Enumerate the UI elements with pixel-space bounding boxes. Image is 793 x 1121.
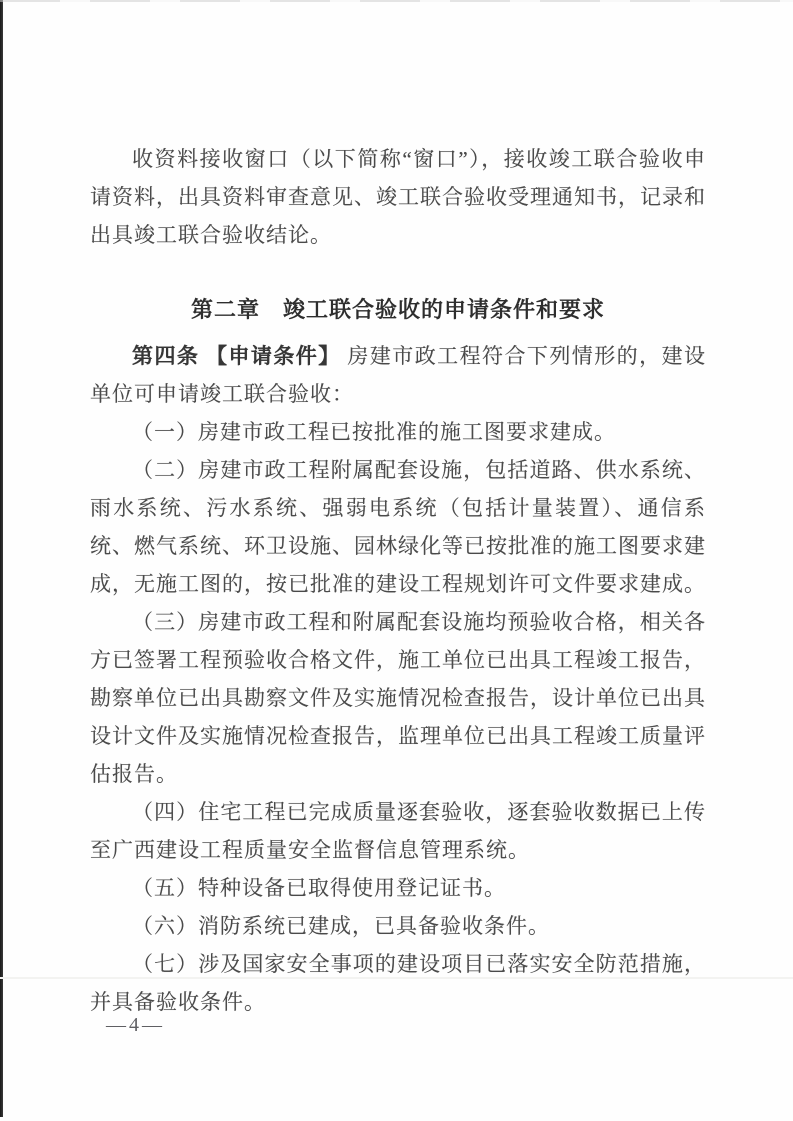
scan-edge-top (0, 0, 793, 2)
article-label: 第四条 【申请条件】 (132, 344, 341, 368)
clause-item-7: （七）涉及国家安全事项的建设项目已落实安全防范措施，并具备验收条件。 (90, 945, 706, 1021)
clause-item-6: （六）消防系统已建成，已具备验收条件。 (90, 907, 706, 945)
intro-paragraph: 收资料接收窗口（以下简称“窗口”），接收竣工联合验收申请资料，出具资料审查意见、… (90, 140, 706, 254)
clause-item-5: （五）特种设备已取得使用登记证书。 (90, 869, 706, 907)
clause-item-2: （二）房建市政工程附属配套设施，包括道路、供水系统、雨水系统、污水系统、强弱电系… (90, 451, 706, 603)
clause-item-3: （三）房建市政工程和附属配套设施均预验收合格，相关各方已签署工程预验收合格文件，… (90, 603, 706, 793)
document-content: 收资料接收窗口（以下简称“窗口”），接收竣工联合验收申请资料，出具资料审查意见、… (90, 140, 706, 1021)
document-page: 收资料接收窗口（以下简称“窗口”），接收竣工联合验收申请资料，出具资料审查意见、… (0, 0, 793, 1121)
clause-item-4: （四）住宅工程已完成质量逐套验收，逐套验收数据已上传至广西建设工程质量安全监督信… (90, 793, 706, 869)
page-number: —4— (106, 1008, 165, 1042)
clause-item-1: （一）房建市政工程已按批准的施工图要求建成。 (90, 413, 706, 451)
article-clause: 第四条 【申请条件】 房建市政工程符合下列情形的，建设单位可申请竣工联合验收： (90, 337, 706, 413)
scan-edge-left (0, 0, 3, 1117)
chapter-heading: 第二章 竣工联合验收的申请条件和要求 (90, 291, 706, 329)
